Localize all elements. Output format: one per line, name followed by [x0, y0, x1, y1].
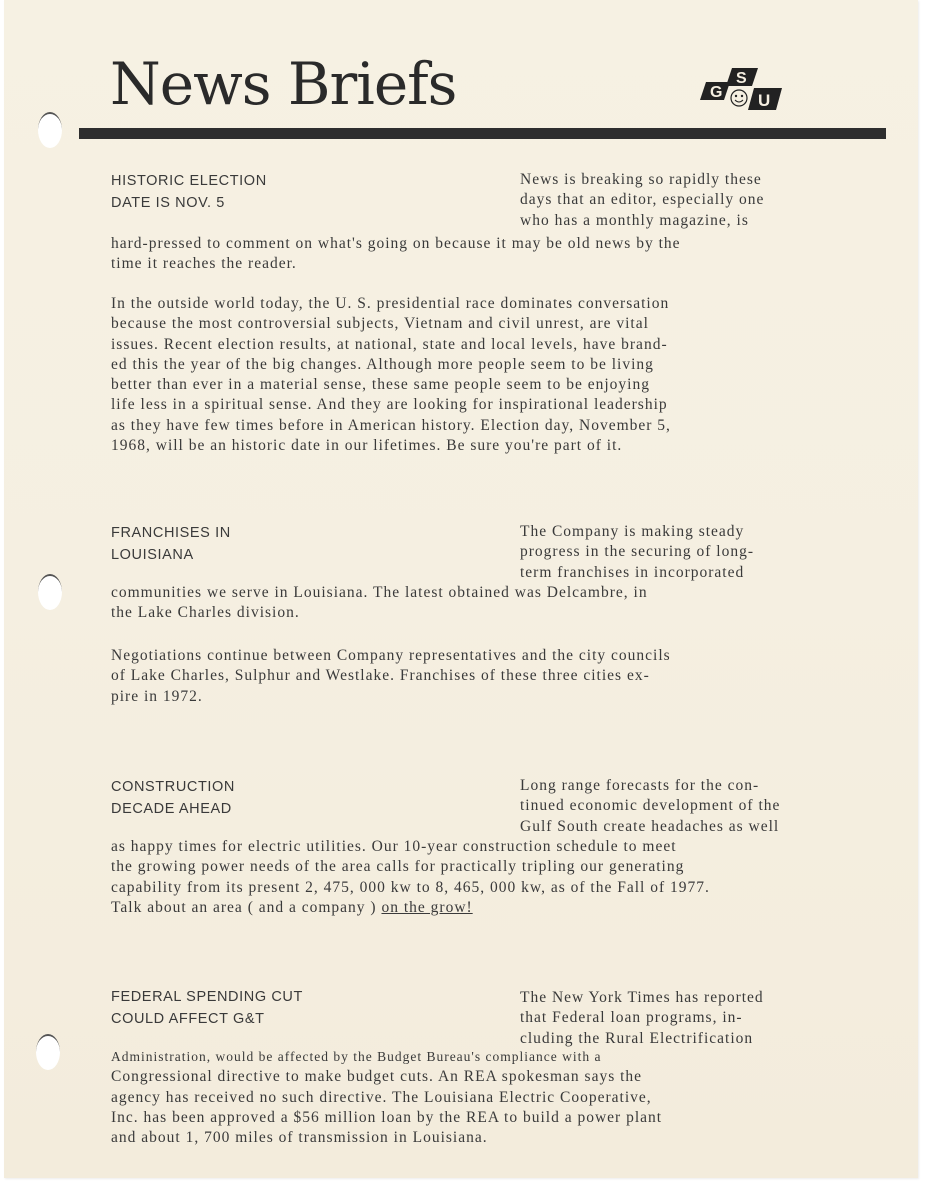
logo-letter-u: U [758, 91, 770, 110]
article-paragraph: Negotiations continue between Company re… [111, 646, 871, 707]
logo-letter-s: S [736, 70, 747, 87]
article-headline: FRANCHISES IN LOUISIANA [111, 522, 231, 566]
article-headline: FEDERAL SPENDING CUT COULD AFFECT G&T [111, 986, 303, 1030]
punch-hole-top [38, 112, 62, 148]
article-intro: News is breaking so rapidly these days t… [520, 170, 860, 231]
masthead-rule [79, 128, 886, 139]
article-intro: Long range forecasts for the con- tinued… [520, 776, 860, 837]
article-headline: CONSTRUCTION DECADE AHEAD [111, 776, 235, 820]
article-paragraph: hard-pressed to comment on what's going … [111, 234, 871, 275]
page-title: News Briefs [110, 50, 456, 118]
article-paragraph: Administration, would be affected by the… [111, 1047, 871, 1148]
article-intro: The Company is making steady progress in… [520, 522, 860, 583]
reddy-kilowatt-face-icon [731, 90, 747, 106]
article-paragraph: In the outside world today, the U. S. pr… [111, 294, 871, 456]
punch-hole-middle [38, 574, 62, 610]
logo-letter-g: G [710, 84, 722, 101]
punch-hole-bottom [36, 1034, 60, 1070]
document-page: News Briefs G S U HISTORIC ELECTION DATE… [4, 0, 918, 1178]
closing-text: Talk about an area ( and a company ) [111, 899, 381, 916]
underlined-phrase: on the grow! [381, 899, 472, 916]
article-intro: The New York Times has reported that Fed… [520, 988, 860, 1049]
article-headline: HISTORIC ELECTION DATE IS NOV. 5 [111, 170, 267, 214]
article-paragraph: as happy times for electric utilities. O… [111, 837, 871, 918]
gsu-logo-icon: G S U [700, 66, 790, 116]
article-paragraph: communities we serve in Louisiana. The l… [111, 583, 871, 624]
